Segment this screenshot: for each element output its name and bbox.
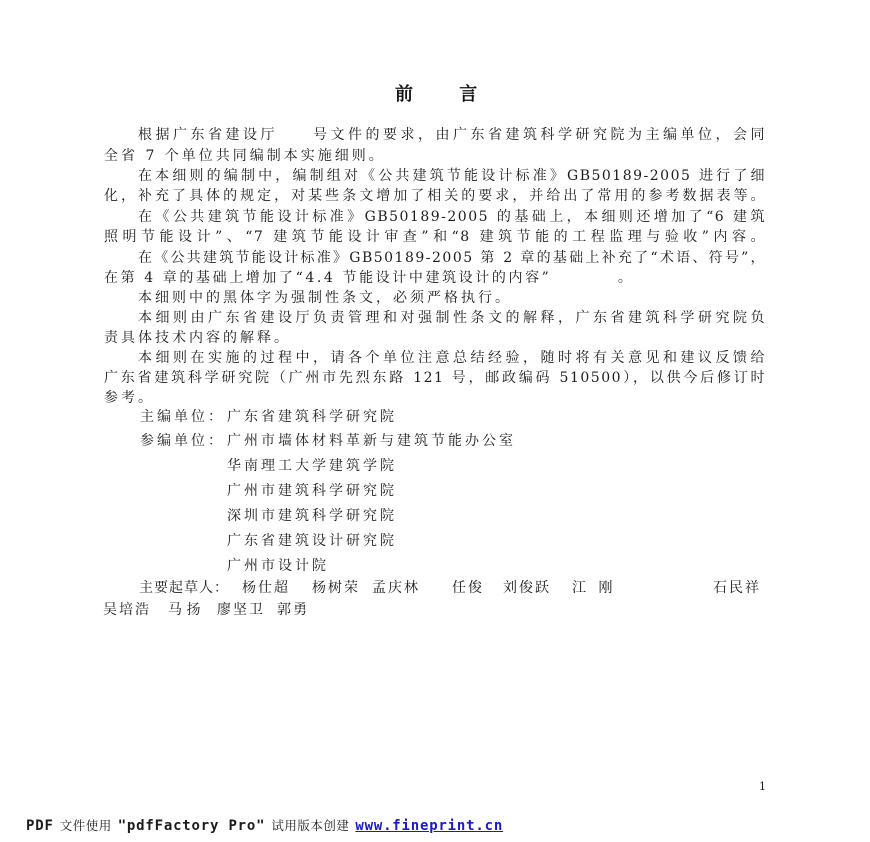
paragraph-2-line-1: 在本细则的编制中，编制组对《公共建筑节能设计标准》GB50189-2005 进行… xyxy=(138,166,766,186)
paragraph-3-line-1: 在《公共建筑节能设计标准》GB50189-2005 的基础上，本细则还增加了“6… xyxy=(138,207,766,227)
paragraph-7-line-1: 本细则在实施的过程中，请各个单位注意总结经验，随时将有关意见和建议反馈给 xyxy=(138,348,766,368)
drafter-name: 孟庆林 xyxy=(372,578,420,598)
participating-unit-3: 广州市建筑科学研究院 xyxy=(227,481,397,501)
footer-product: "pdfFactory Pro" xyxy=(118,818,266,834)
paragraph-6-line-2: 责具体技术内容的解释。 xyxy=(104,328,766,348)
drafter-name: 郭勇 xyxy=(277,600,309,620)
participating-unit-2: 华南理工大学建筑学院 xyxy=(227,456,397,476)
footer-text-1: 文件使用 xyxy=(60,818,112,833)
paragraph-3-line-2: 照明节能设计”、“7 建筑节能设计审查”和“8 建筑节能的工程监理与验收”内容。 xyxy=(104,227,766,247)
drafter-name: 任俊 xyxy=(452,578,484,598)
paragraph-2-line-2: 化，补充了具体的规定，对某些条文增加了相关的要求，并给出了常用的参考数据表等。 xyxy=(104,186,766,206)
footer-prefix: PDF xyxy=(26,818,54,834)
chief-unit-label: 主编单位： xyxy=(140,407,225,427)
paragraph-1-line-1: 根据广东省建设厅 号文件的要求，由广东省建筑科学研究院为主编单位，会同 xyxy=(138,125,766,145)
drafters-label: 主要起草人： xyxy=(139,578,229,598)
paragraph-1-line-2: 全省 7 个单位共同编制本实施细则。 xyxy=(104,146,766,166)
drafter-name: 杨树荣 xyxy=(312,578,360,598)
participating-unit-6: 广州市设计院 xyxy=(227,556,329,576)
paragraph-7-line-2: 广东省建筑科学研究院（广州市先烈东路 121 号，邮政编码 510500），以供… xyxy=(104,368,766,388)
drafter-name: 廖坚卫 xyxy=(217,600,265,620)
document-page: 前 言 根据广东省建设厅 号文件的要求，由广东省建筑科学研究院为主编单位，会同 … xyxy=(0,0,870,842)
paragraph-6-line-1: 本细则由广东省建设厅负责管理和对强制性条文的解释，广东省建筑科学研究院负 xyxy=(138,308,766,328)
participating-units-label: 参编单位： xyxy=(140,431,225,451)
drafter-name: 石民祥 xyxy=(713,578,761,598)
paragraph-5-line-1: 本细则中的黑体字为强制性条文，必须严格执行。 xyxy=(138,288,766,308)
drafter-name: 江 刚 xyxy=(572,578,616,598)
paragraph-4-line-1: 在《公共建筑节能设计标准》GB50189-2005 第 2 章的基础上补充了“术… xyxy=(138,248,766,268)
paragraph-7-line-3: 参考。 xyxy=(104,388,766,408)
footer-text-2: 试用版本创建 xyxy=(271,818,349,833)
participating-unit-1: 广州市墙体材料革新与建筑节能办公室 xyxy=(227,431,516,451)
participating-unit-4: 深圳市建筑科学研究院 xyxy=(227,506,397,526)
drafter-name: 刘俊跃 xyxy=(503,578,551,598)
drafter-name: 马 扬 xyxy=(168,600,200,620)
page-title: 前 言 xyxy=(395,82,497,108)
drafter-name: 杨仕超 xyxy=(242,578,290,598)
fineprint-link[interactable]: www.fineprint.cn xyxy=(355,818,503,834)
paragraph-4-line-2: 在第 4 章的基础上增加了“4.4 节能设计中建筑设计的内容” 。 xyxy=(104,268,766,288)
page-number: 1 xyxy=(759,779,766,795)
drafter-name: 吴培浩 xyxy=(103,600,151,620)
pdf-watermark-footer: PDF文件使用"pdfFactory Pro"试用版本创建www.finepri… xyxy=(26,815,503,835)
chief-unit-value: 广东省建筑科学研究院 xyxy=(227,407,397,427)
participating-unit-5: 广东省建筑设计研究院 xyxy=(227,531,397,551)
